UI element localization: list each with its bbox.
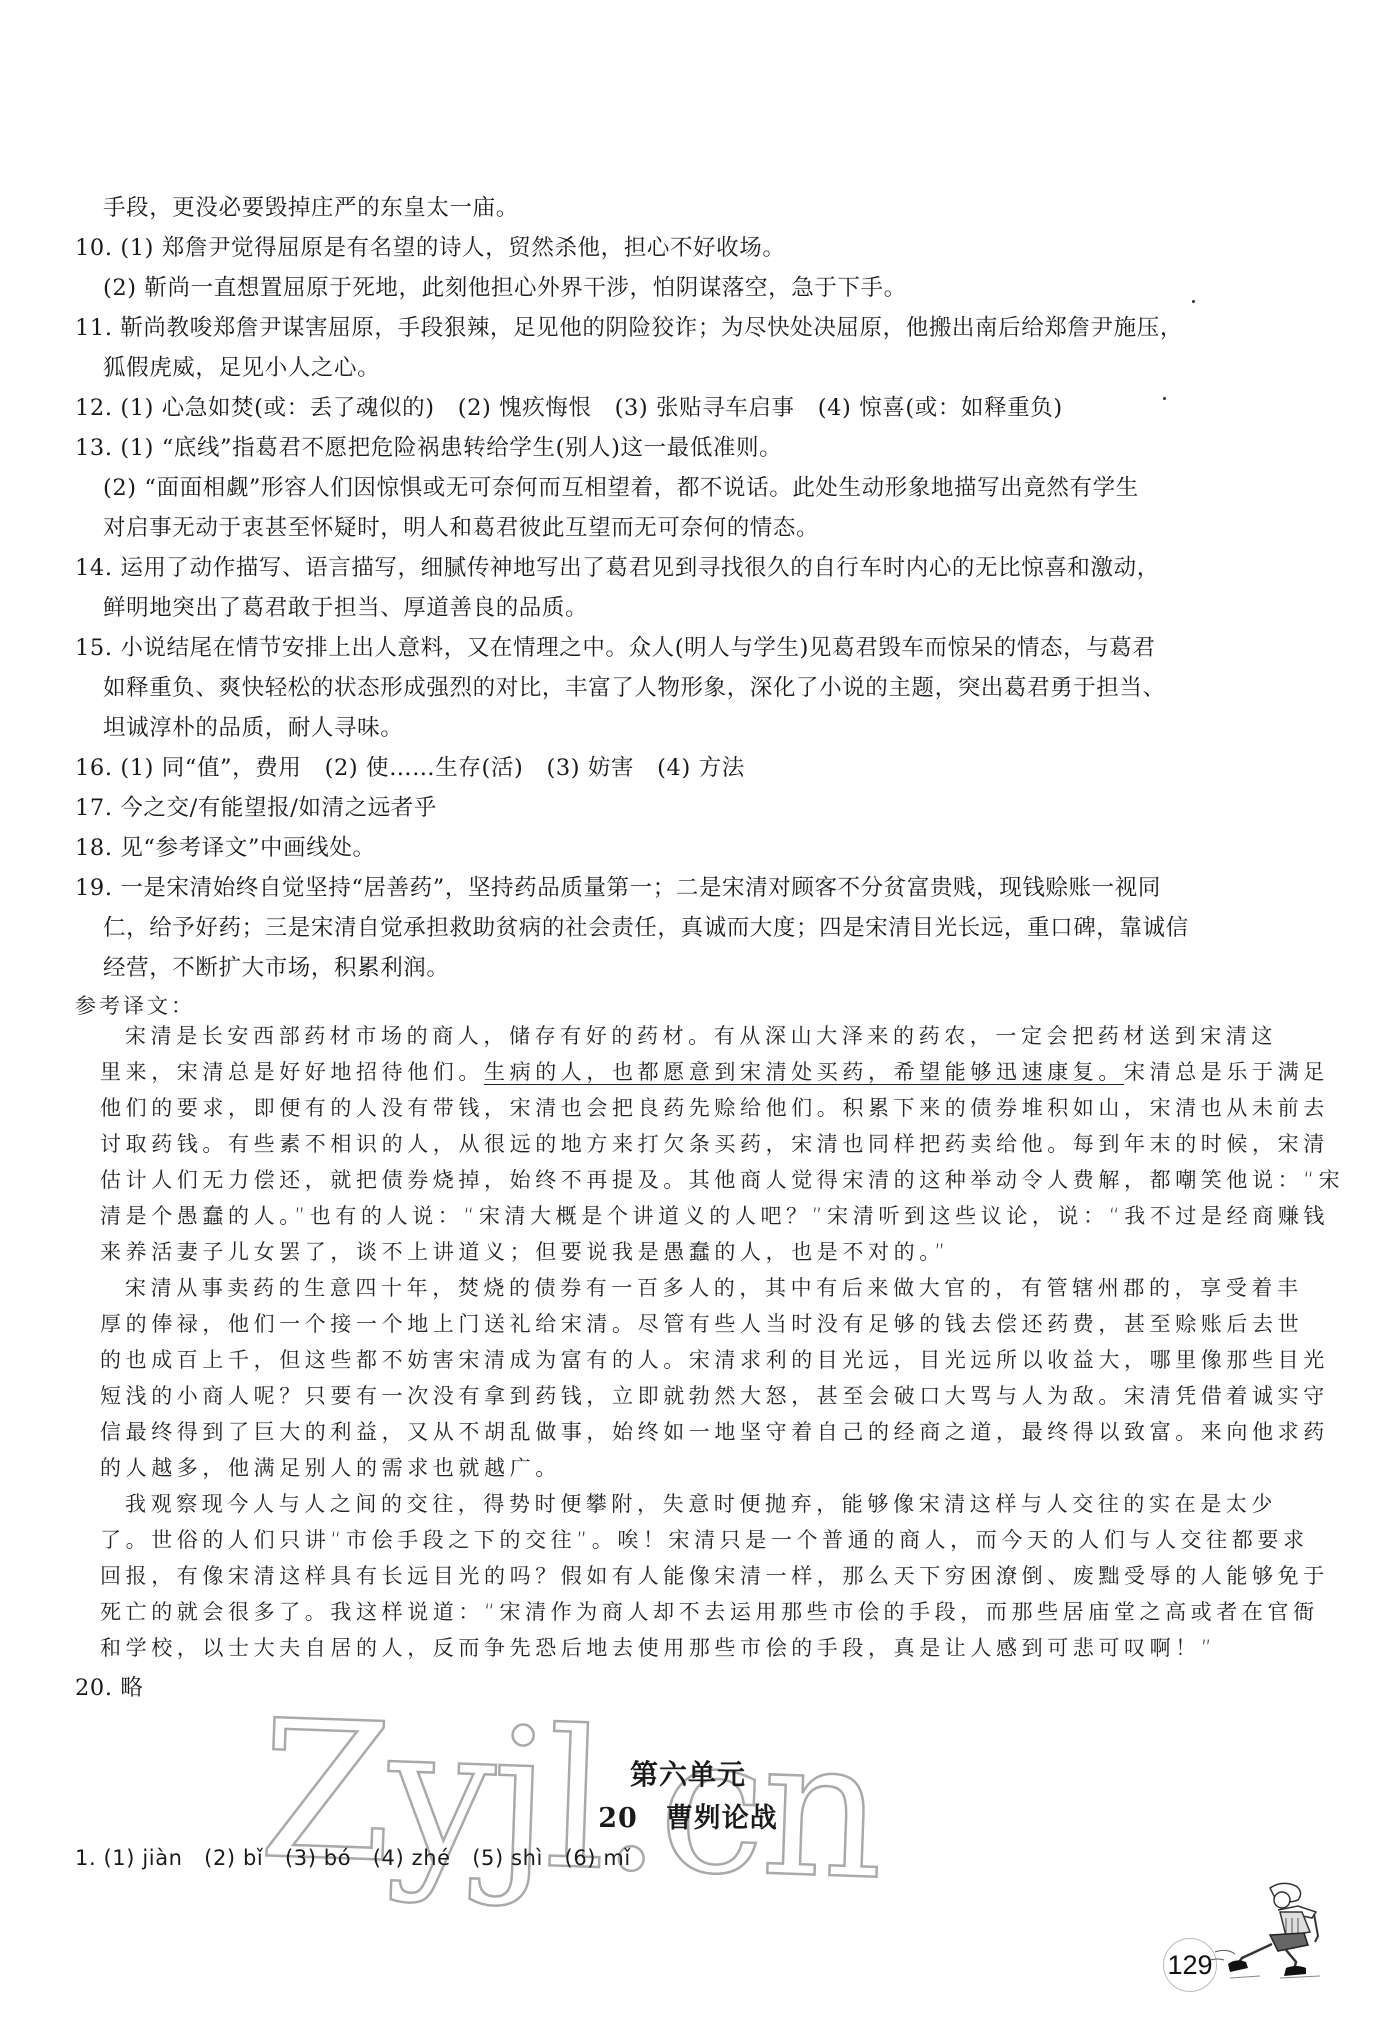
- translation-p2-line1: 宋清从事卖药的生意四十年，焚烧的债券有一百多人的，其中有后来做大官的，有管辖州郡…: [125, 1273, 1303, 1303]
- translation-p3-line2: 了。世俗的人们只讲“市侩手段之下的交往”。唉！宋清只是一个普通的商人，而今天的人…: [100, 1525, 1309, 1555]
- unit-answer-1: 1. (1) jiàn (2) bǐ (3) bó (4) zhé (5) sh…: [75, 1843, 631, 1873]
- translation-p3-line4: 死亡的就会很多了。我这样说道：“宋清作为商人却不去运用那些市侩的手段，而那些居庙…: [100, 1597, 1319, 1627]
- translation-p1-line5: 估计人们无力偿还，就把债券烧掉，始终不再提及。其他商人觉得宋清的这种举动令人费解…: [100, 1165, 1344, 1195]
- reference-translation-label: 参考译文：: [75, 991, 195, 1021]
- answer-10-part2: (2) 靳尚一直想置屈原于死地，此刻他担心外界干涉，怕阴谋落空，急于下手。: [103, 273, 907, 303]
- answer-9-continuation: 手段，更没必要毁掉庄严的东皇太一庙。: [103, 193, 519, 223]
- translation-p2-line6: 的人越多，他满足别人的需求也就越广。: [100, 1453, 561, 1483]
- scan-speck: [1163, 397, 1166, 400]
- translation-p1-line1: 宋清是长安西部药材市场的商人，储存有好的药材。有从深山大泽来的药农，一定会把药材…: [125, 1021, 1277, 1051]
- answer-19-line1: 19. 一是宋清始终自觉坚持“居善药”，坚持药品质量第一；二是宋清对顾客不分贫富…: [75, 873, 1161, 903]
- translation-p1-line7: 来养活妻子儿女罢了，谈不上讲道义；但要说我是愚蠢的人，也是不对的。”: [100, 1237, 950, 1267]
- answer-13-part1: 13. (1) “底线”指葛君不愿把危险祸患转给学生(别人)这一最低准则。: [75, 433, 782, 463]
- running-child-icon: [1190, 1880, 1350, 1990]
- translation-p1-line6: 清是个愚蠢的人。”也有的人说：“宋清大概是个讲道义的人吧？”宋清听到这些议论，说…: [100, 1201, 1329, 1231]
- answer-15-line3: 坦诚淳朴的品质，耐人寻味。: [103, 713, 403, 743]
- translation-p1-line2: 里来，宋清总是好好地招待他们。生病的人，也都愿意到宋清处买药，希望能够迅速康复。…: [100, 1057, 1329, 1087]
- answer-17: 17. 今之交/有能望报/如清之远者乎: [75, 793, 437, 823]
- answer-16: 16. (1) 同“值”，费用 (2) 使……生存(活) (3) 妨害 (4) …: [75, 753, 745, 783]
- translation-p1-line3: 他们的要求，即便有的人没有带钱，宋清也会把良药先赊给他们。积累下来的债券堆积如山…: [100, 1093, 1329, 1123]
- translation-p2-line3: 的也成百上千，但这些都不妨害宋清成为富有的人。宋清求利的目光远，目光远所以收益大…: [100, 1345, 1329, 1375]
- answer-12: 12. (1) 心急如焚(或：丢了魂似的) (2) 愧疚悔恨 (3) 张贴寻车启…: [75, 393, 1063, 423]
- answer-18: 18. 见“参考译文”中画线处。: [75, 833, 376, 863]
- answer-20: 20. 略: [75, 1673, 143, 1703]
- translation-text: 宋清总是乐于满足: [1124, 1060, 1329, 1084]
- translation-p3-line5: 和学校，以士大夫自居的人，反而争先恐后地去使用那些市侩的手段，真是让人感到可悲可…: [100, 1633, 1216, 1663]
- answer-19-line3: 经营，不断扩大市场，积累利润。: [103, 953, 450, 983]
- answer-15-line2: 如释重负、爽快轻松的状态形成强烈的对比，丰富了人物形象，深化了小说的主题，突出葛…: [103, 673, 1166, 703]
- answer-10-part1: 10. (1) 郑詹尹觉得屈原是有名望的诗人，贸然杀他，担心不好收场。: [75, 233, 785, 263]
- answer-13-part2-line1: (2) “面面相觑”形容人们因惊惧或无可奈何而互相望着，都不说话。此处生动形象地…: [103, 473, 1139, 503]
- scan-speck: [1192, 300, 1195, 303]
- answer-11-line2: 狐假虎威，足见小人之心。: [103, 353, 380, 383]
- translation-text: 里来，宋清总是好好地招待他们。: [100, 1060, 484, 1084]
- answer-14-line2: 鲜明地突出了葛君敢于担当、厚道善良的品质。: [103, 593, 588, 623]
- answer-13-part2-line2: 对启事无动于衷甚至怀疑时，明人和葛君彼此互望而无可奈何的情态。: [103, 513, 819, 543]
- translation-p1-line4: 讨取药钱。有些素不相识的人，从很远的地方来打欠条买药，宋清也同样把药卖给他。每到…: [100, 1129, 1329, 1159]
- lesson-title: 20 曹刿论战: [403, 1796, 973, 1835]
- answer-key-page: 手段，更没必要毁掉庄严的东皇太一庙。 10. (1) 郑詹尹觉得屈原是有名望的诗…: [0, 0, 1377, 2038]
- unit-title: 第六单元: [403, 1753, 973, 1793]
- translation-p2-line4: 短浅的小商人呢？只要有一次没有拿到药钱，立即就勃然大怒，甚至会破口大骂与人为敌。…: [100, 1381, 1329, 1411]
- answer-19-line2: 仁，给予好药；三是宋清自觉承担救助贫病的社会责任，真诚而大度；四是宋清目光长远，…: [103, 913, 1189, 943]
- underlined-answer-text: 生病的人，也都愿意到宋清处买药，希望能够迅速康复。: [484, 1060, 1124, 1084]
- answer-11-line1: 11. 靳尚教唆郑詹尹谋害屈原，手段狠辣，足见他的阴险狡诈；为尽快处决屈原，他搬…: [75, 313, 1183, 343]
- answer-15-line1: 15. 小说结尾在情节安排上出人意料，又在情理之中。众人(明人与学生)见葛君毁车…: [75, 633, 1156, 663]
- translation-p3-line1: 我观察现今人与人之间的交往，得势时便攀附，失意时便抛弃，能够像宋清这样与人交往的…: [125, 1489, 1277, 1519]
- translation-p2-line2: 厚的俸禄，他们一个接一个地上门送礼给宋清。尽管有些人当时没有足够的钱去偿还药费，…: [100, 1309, 1303, 1339]
- answer-14-line1: 14. 运用了动作描写、语言描写，细腻传神地写出了葛君见到寻找很久的自行车时内心…: [75, 553, 1160, 583]
- translation-p2-line5: 信最终得到了巨大的利益，又从不胡乱做事，始终如一地坚守着自己的经商之道，最终得以…: [100, 1417, 1329, 1447]
- translation-p3-line3: 回报，有像宋清这样具有长远目光的吗？假如有人能像宋清一样，那么天下穷困潦倒、废黜…: [100, 1561, 1329, 1591]
